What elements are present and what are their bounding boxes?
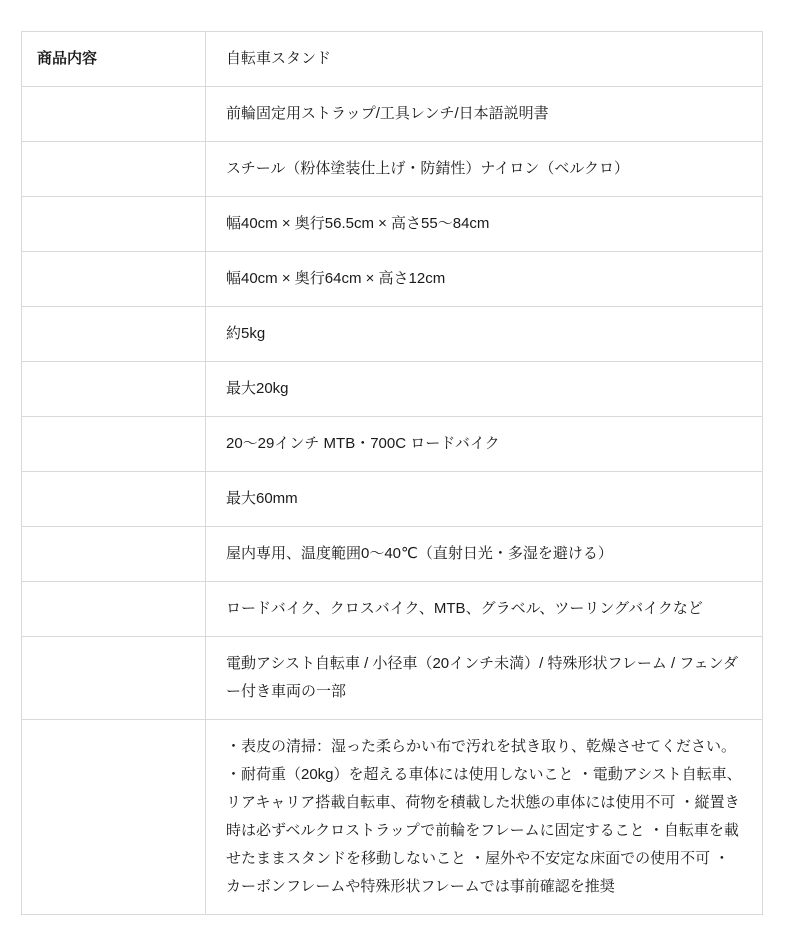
table-row: 約5kg [22, 307, 763, 362]
table-row: ・表皮の清掃：湿った柔らかい布で汚れを拭き取り、乾燥させてください。 ・耐荷重（… [22, 720, 763, 915]
row-label [22, 307, 206, 362]
row-value: 最大20kg [206, 362, 763, 417]
row-label [22, 720, 206, 915]
row-value: 幅40cm × 奥行64cm × 高さ12cm [206, 252, 763, 307]
table-row: 最大20kg [22, 362, 763, 417]
row-label [22, 417, 206, 472]
row-value: 自転車スタンド [206, 32, 763, 87]
row-value: ロードバイク、クロスバイク、MTB、グラベル、ツーリングバイクなど [206, 582, 763, 637]
row-value: 最大60mm [206, 472, 763, 527]
table-row: 最大60mm [22, 472, 763, 527]
table-row: 商品内容 自転車スタンド [22, 32, 763, 87]
row-value: 前輪固定用ストラップ/工具レンチ/日本語説明書 [206, 87, 763, 142]
row-label: 商品内容 [22, 32, 206, 87]
row-label [22, 527, 206, 582]
row-label [22, 87, 206, 142]
row-label [22, 637, 206, 720]
row-label [22, 582, 206, 637]
row-value: スチール（粉体塗装仕上げ・防錆性）ナイロン（ベルクロ） [206, 142, 763, 197]
table-row: ロードバイク、クロスバイク、MTB、グラベル、ツーリングバイクなど [22, 582, 763, 637]
row-label [22, 472, 206, 527]
table-row: 20〜29インチ MTB・700C ロードバイク [22, 417, 763, 472]
table-row: 幅40cm × 奥行64cm × 高さ12cm [22, 252, 763, 307]
product-spec-table: 商品内容 自転車スタンド 前輪固定用ストラップ/工具レンチ/日本語説明書 スチー… [21, 31, 763, 915]
row-value: 約5kg [206, 307, 763, 362]
page: 商品内容 自転車スタンド 前輪固定用ストラップ/工具レンチ/日本語説明書 スチー… [0, 0, 800, 938]
row-value: 20〜29インチ MTB・700C ロードバイク [206, 417, 763, 472]
row-label [22, 252, 206, 307]
row-value: 電動アシスト自転車 / 小径車（20インチ未満）/ 特殊形状フレーム / フェン… [206, 637, 763, 720]
table-row: スチール（粉体塗装仕上げ・防錆性）ナイロン（ベルクロ） [22, 142, 763, 197]
table-row: 幅40cm × 奥行56.5cm × 高さ55〜84cm [22, 197, 763, 252]
row-label [22, 197, 206, 252]
table-row: 電動アシスト自転車 / 小径車（20インチ未満）/ 特殊形状フレーム / フェン… [22, 637, 763, 720]
row-value: 屋内専用、温度範囲0〜40℃（直射日光・多湿を避ける） [206, 527, 763, 582]
row-value: 幅40cm × 奥行56.5cm × 高さ55〜84cm [206, 197, 763, 252]
row-label [22, 142, 206, 197]
table-row: 屋内専用、温度範囲0〜40℃（直射日光・多湿を避ける） [22, 527, 763, 582]
table-row: 前輪固定用ストラップ/工具レンチ/日本語説明書 [22, 87, 763, 142]
row-value: ・表皮の清掃：湿った柔らかい布で汚れを拭き取り、乾燥させてください。 ・耐荷重（… [206, 720, 763, 915]
row-label [22, 362, 206, 417]
